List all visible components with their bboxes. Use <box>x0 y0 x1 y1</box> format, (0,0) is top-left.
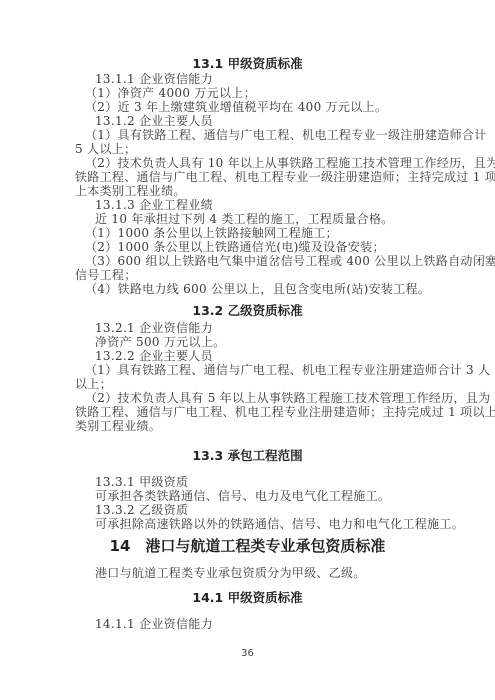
subsection-title: 13.2.1 企业资信能力 <box>95 321 213 335</box>
list-item: （1）1000 条公里以上铁路接触网工程施工； <box>85 226 338 240</box>
list-item: （3）600 组以上铁路电气集中道岔信号工程或 400 公里以上铁路自动闭塞 <box>85 254 495 268</box>
list-item: （2）技术负责人具有 5 年以上从事铁路工程施工技术管理工作经历，且为 <box>85 391 490 405</box>
list-item: （1）具有铁路工程、通信与广电工程、机电工程专业注册建造师合计 3 人 <box>85 363 490 377</box>
page-number: 36 <box>0 648 495 659</box>
subsection-title: 13.3.1 甲级资质 <box>95 475 188 489</box>
section-heading-14-1: 14.1 甲级资质标准 <box>0 591 495 605</box>
subsection-title: 13.1.3 企业工程业绩 <box>95 198 213 212</box>
list-item: （1）净资产 4000 万元以上； <box>85 86 256 100</box>
list-item-cont: 5 人以上； <box>75 142 136 156</box>
section-heading-13-2: 13.2 乙级资质标准 <box>0 304 495 318</box>
document-page: 13.1 甲级资质标准 13.1.1 企业资信能力 （1）净资产 4000 万元… <box>0 0 495 700</box>
section-heading-13-1: 13.1 甲级资质标准 <box>0 57 495 71</box>
list-item-cont: 铁路工程、通信与广电工程、机电工程专业一级注册建造师；主持完成过 1 项以 <box>75 170 495 184</box>
list-item-cont: 以上； <box>75 377 112 391</box>
paragraph: 港口与航道工程类专业承包资质分为甲级、乙级。 <box>95 566 366 580</box>
paragraph: 近 10 年承担过下列 4 类工程的施工，工程质量合格。 <box>95 212 394 226</box>
paragraph: 净资产 500 万元以上。 <box>95 335 225 349</box>
list-item: （1）具有铁路工程、通信与广电工程、机电工程专业一级注册建造师合计 <box>85 128 487 142</box>
list-item-cont: 类别工程业绩。 <box>75 419 161 433</box>
section-heading-13-3: 13.3 承包工程范围 <box>0 449 495 463</box>
list-item-cont: 上本类别工程业绩。 <box>75 184 186 198</box>
paragraph: 可承担除高速铁路以外的铁路通信、信号、电力和电气化工程施工。 <box>95 517 464 531</box>
subsection-title: 13.1.1 企业资信能力 <box>95 72 213 86</box>
paragraph: 可承担各类铁路通信、信号、电力及电气化工程施工。 <box>95 489 390 503</box>
list-item: （2）1000 条公里以上铁路通信光(电)缆及设备安装； <box>85 240 385 254</box>
list-item-cont: 铁路工程、通信与广电工程、机电工程专业注册建造师；主持完成过 1 项以上本 <box>75 405 495 419</box>
list-item: （4）铁路电力线 600 公里以上，且包含变电所(站)安装工程。 <box>85 282 430 296</box>
chapter-heading-14: 14 港口与航道工程类专业承包资质标准 <box>0 537 495 555</box>
list-item: （2）近 3 年上缴建筑业增值税平均在 400 万元以上。 <box>85 100 387 114</box>
subsection-title: 13.2.2 企业主要人员 <box>95 349 213 363</box>
list-item-cont: 信号工程； <box>75 268 137 282</box>
subsection-title: 13.3.2 乙级资质 <box>95 503 188 517</box>
subsection-title: 14.1.1 企业资信能力 <box>95 617 213 631</box>
subsection-title: 13.1.2 企业主要人员 <box>95 114 213 128</box>
list-item: （2）技术负责人具有 10 年以上从事铁路工程施工技术管理工作经历，且为 <box>85 156 495 170</box>
